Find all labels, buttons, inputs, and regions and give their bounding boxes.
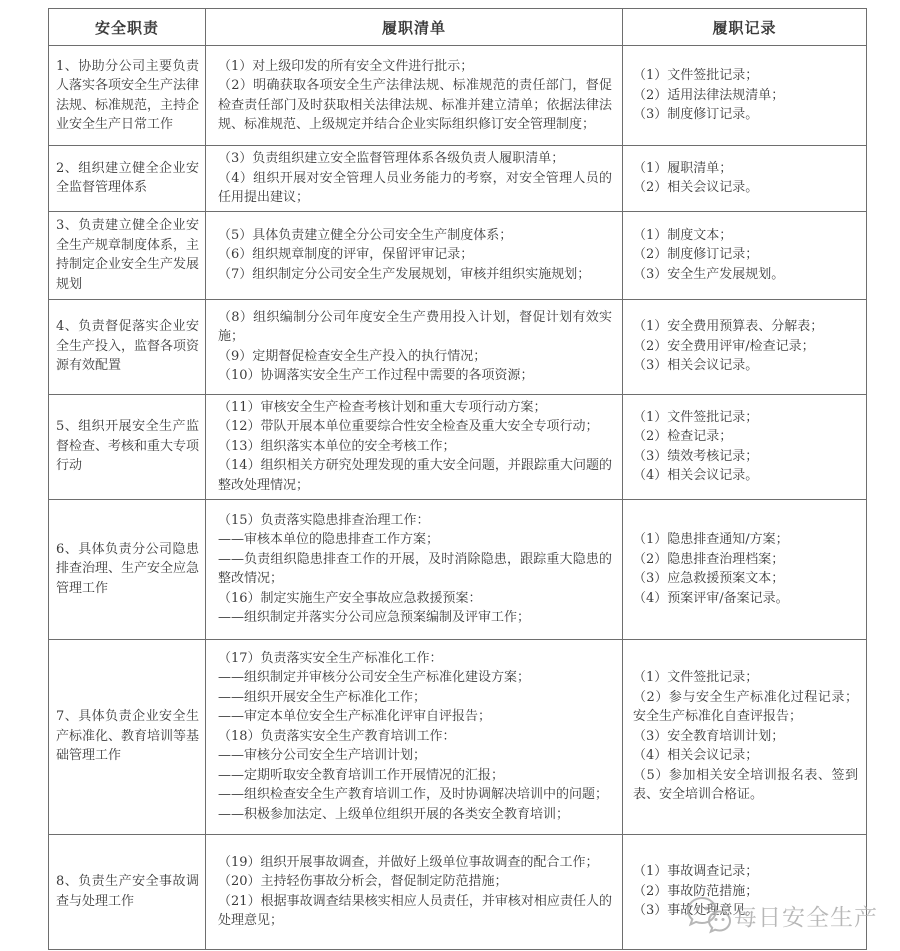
header-records: 履职记录 [623,9,867,46]
records-cell: （1）隐患排查通知/方案； （2）隐患排查治理档案； （3）应急救援预案文本； … [623,499,867,639]
duty-table: 安全职责 履职清单 履职记录 1、协助分公司主要负责人落实各项安全生产法律法规、… [48,8,867,950]
checklist-cell: （1）对上级印发的所有安全文件进行批示； （2）明确获取各项安全生产法律法规、标… [206,46,623,146]
table-row: 8、负责生产安全事故调查与处理工作 （19）组织开展事故调查，并做好上级单位事故… [49,834,867,949]
duty-cell: 1、协助分公司主要负责人落实各项安全生产法律法规、标准规范，主持企业安全生产日常… [49,46,206,146]
duty-cell: 3、负责建立健全企业安全生产规章制度体系，主持制定企业安全生产发展规划 [49,211,206,299]
table-row: 4、负责督促落实企业安全生产投入，监督各项资源有效配置 （8）组织编制分公司年度… [49,299,867,394]
header-duty: 安全职责 [49,9,206,46]
checklist-cell: （5）具体负责建立健全分公司安全生产制度体系； （6）组织规章制度的评审，保留评… [206,211,623,299]
duty-cell: 5、组织开展安全生产监督检查、考核和重大专项行动 [49,394,206,499]
records-cell: （1）文件签批记录； （2）适用法律法规清单； （3）制度修订记录。 [623,46,867,146]
checklist-cell: （17）负责落实安全生产标准化工作： ——组织制定并审核分公司安全生产标准化建设… [206,639,623,834]
duty-cell: 2、组织建立健全企业安全监督管理体系 [49,146,206,212]
header-checklist: 履职清单 [206,9,623,46]
checklist-cell: （19）组织开展事故调查，并做好上级单位事故调查的配合工作； （20）主持轻伤事… [206,834,623,949]
records-cell: （1）事故调查记录； （2）事故防范措施； （3）事故处理意见。 [623,834,867,949]
checklist-cell: （3）负责组织建立安全监督管理体系各级负责人履职清单； （4）组织开展对安全管理… [206,146,623,212]
duty-cell: 7、具体负责企业安全生产标准化、教育培训等基础管理工作 [49,639,206,834]
duty-cell: 4、负责督促落实企业安全生产投入，监督各项资源有效配置 [49,299,206,394]
checklist-cell: （15）负责落实隐患排查治理工作： ——审核本单位的隐患排查工作方案； ——负责… [206,499,623,639]
duty-cell: 8、负责生产安全事故调查与处理工作 [49,834,206,949]
checklist-cell: （11）审核安全生产检查考核计划和重大专项行动方案； （12）带队开展本单位重要… [206,394,623,499]
records-cell: （1）制度文本； （2）制度修订记录； （3）安全生产发展规划。 [623,211,867,299]
table-row: 1、协助分公司主要负责人落实各项安全生产法律法规、标准规范，主持企业安全生产日常… [49,46,867,146]
records-cell: （1）文件签批记录； （2）参与安全生产标准化过程记录；安全生产标准化自查评报告… [623,639,867,834]
checklist-cell: （8）组织编制分公司年度安全生产费用投入计划，督促计划有效实施； （9）定期督促… [206,299,623,394]
records-cell: （1）文件签批记录； （2）检查记录； （3）绩效考核记录； （4）相关会议记录… [623,394,867,499]
table-row: 6、具体负责分公司隐患排查治理、生产安全应急管理工作 （15）负责落实隐患排查治… [49,499,867,639]
records-cell: （1）履职清单； （2）相关会议记录。 [623,146,867,212]
table-row: 5、组织开展安全生产监督检查、考核和重大专项行动 （11）审核安全生产检查考核计… [49,394,867,499]
table-row: 7、具体负责企业安全生产标准化、教育培训等基础管理工作 （17）负责落实安全生产… [49,639,867,834]
table-row: 2、组织建立健全企业安全监督管理体系 （3）负责组织建立安全监督管理体系各级负责… [49,146,867,212]
table-row: 3、负责建立健全企业安全生产规章制度体系，主持制定企业安全生产发展规划 （5）具… [49,211,867,299]
header-row: 安全职责 履职清单 履职记录 [49,9,867,46]
records-cell: （1）安全费用预算表、分解表； （2）安全费用评审/检查记录； （3）相关会议记… [623,299,867,394]
document-page: 安全职责 履职清单 履职记录 1、协助分公司主要负责人落实各项安全生产法律法规、… [0,0,900,951]
duty-cell: 6、具体负责分公司隐患排查治理、生产安全应急管理工作 [49,499,206,639]
